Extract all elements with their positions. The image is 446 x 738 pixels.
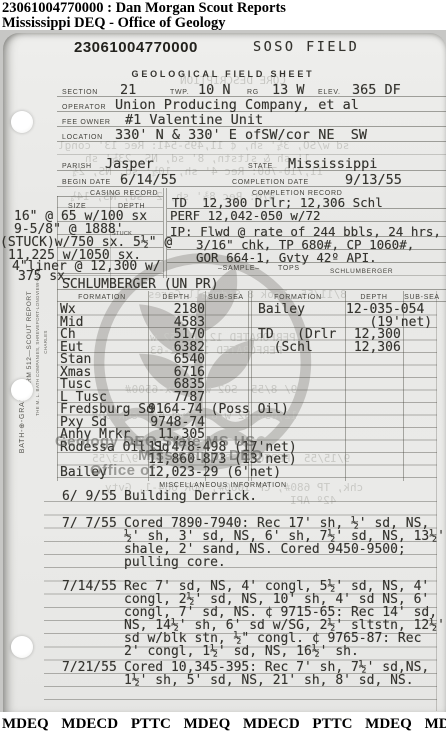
parish-label: PARISH: [62, 163, 92, 171]
misc-entry-text: Rec 7' sd, NS, 4' congl, 5½' sd, NS, 4' …: [124, 580, 445, 658]
schlumberger-label: SCHLUMBERGER: [330, 268, 393, 276]
misc-entry-text: Cored 10,345-395: Rec 7' sh, 7½' sd,NS, …: [124, 661, 429, 687]
twp-value: 10 N: [198, 84, 231, 97]
depth-header: DEPTH: [350, 294, 398, 302]
tops-source: SCHLUMBERGER (UN PR): [62, 278, 219, 291]
misc-entry-date: 6/ 9/55: [62, 490, 117, 503]
field-name: SOSO FIELD: [253, 41, 359, 54]
misc-entry-date: 7/21/55: [62, 661, 117, 674]
operator-label: OPERATOR: [62, 104, 106, 112]
misc-entry-date: 7/ 7/55: [62, 517, 117, 530]
subsea-header: SUB-SEA: [205, 294, 247, 302]
watermark-text: Mississippi DEQ: [138, 447, 263, 464]
archive-footer: MDEQ MDECD PTTC MDEQ MDECD PTTC MDEQ MDE…: [2, 716, 446, 733]
watermark-text: Office of: [90, 462, 155, 479]
punch-hole: [11, 111, 33, 133]
sample-label: –SAMPLE–: [218, 265, 260, 273]
rg-label: RG: [247, 89, 259, 97]
stuck-annotation: STUCK: [112, 230, 132, 238]
location-value: 330' N & 330' E ofSW/cor NE SW: [115, 129, 367, 142]
twp-label: TWP.: [170, 89, 189, 97]
completion-row: PERF 12,042-050 w/72: [170, 209, 321, 222]
formation-depth: 12,306: [346, 341, 401, 354]
completion-date-value: 9/13/55: [345, 174, 402, 187]
punch-hole: [11, 379, 33, 401]
misc-entry-date: 7/14/55: [62, 580, 117, 593]
state-value: Mississippi: [288, 158, 377, 171]
formation-header: FORMATION: [70, 294, 134, 302]
completion-date-label: COMPLETION DATE: [232, 179, 309, 187]
begin-date-value: 6/14/55: [120, 174, 177, 187]
form-number-margin: FORM 512—SCOUT REPORT THE M. L. BATH COM…: [26, 262, 50, 422]
operator-value: Union Producing Company, et al: [115, 99, 359, 112]
casing-record-title: CASING RECORD: [90, 190, 158, 198]
scanned-scout-report-page: 23061004770000 : Dan Morgan Scout Report…: [0, 0, 446, 738]
subsea-header: SUB-SEA: [401, 294, 443, 302]
begin-date-label: BEGIN DATE: [62, 179, 111, 187]
formation-name: Bailey: [258, 303, 305, 316]
state-label: STATE: [248, 163, 273, 171]
formation-name: (Schl: [258, 341, 313, 354]
formation-depth: 12,023-29 (6'net): [148, 466, 281, 479]
parish-value: Jasper: [105, 158, 154, 171]
section-value: 21: [120, 84, 136, 97]
misc-entry-text: Building Derrick.: [124, 490, 257, 503]
fee-owner-value: #1 Valentine Unit: [125, 114, 263, 127]
formation-header: FORMATION: [266, 294, 330, 302]
document-subtitle: Mississippi DEQ - Office of Geology: [2, 15, 226, 32]
fee-owner-label: FEE OWNER: [62, 119, 111, 127]
rg-value: 13 W: [272, 84, 305, 97]
completion-row: GOR 664-1, Gvty 42º API.: [196, 251, 377, 264]
elev-value: 365 DF: [352, 84, 401, 97]
location-label: LOCATION: [62, 134, 103, 142]
depth-header: DEPTH: [152, 294, 200, 302]
well-number-stamp: 23061004770000: [74, 39, 198, 56]
form-company: THE M. L. BATH COMPANIES, SHREVEPORT-LON…: [34, 262, 50, 422]
misc-entry-text: Cored 7890-7940: Rec 17' sh, ½' sd, NS, …: [124, 517, 445, 569]
punch-hole: [11, 636, 33, 658]
elev-label: ELEV.: [318, 89, 341, 97]
form-title: GEOLOGICAL FIELD SHEET: [0, 69, 446, 79]
section-label: SECTION: [62, 89, 98, 97]
tops-label: TOPS: [278, 265, 300, 273]
